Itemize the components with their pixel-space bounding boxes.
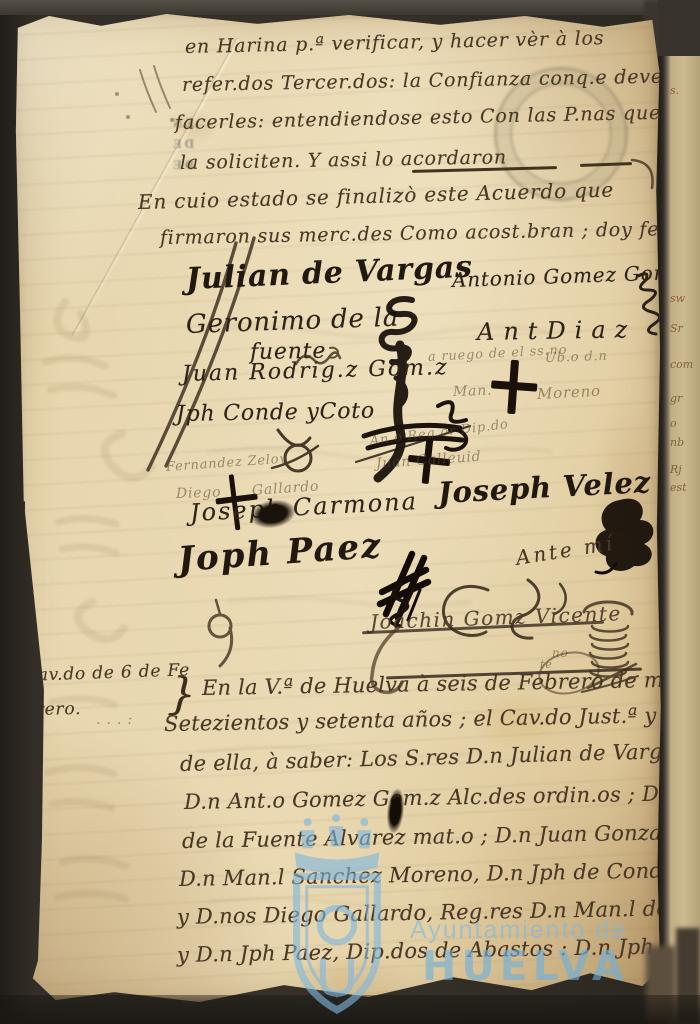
next-page-fragment: com — [670, 358, 693, 371]
large-loop-flourish — [356, 624, 412, 714]
margin-note-dots: . . . : — [96, 712, 133, 728]
edge-notch — [10, 500, 25, 536]
next-page-fragment: sw — [670, 292, 685, 305]
proxy-name: Moreno — [537, 382, 602, 403]
oval-annotation-text: no — [552, 646, 569, 660]
signature-cross — [486, 358, 542, 419]
next-page-edge: s. sw Sr com gr o nb Rj est — [658, 0, 700, 1024]
proxy-note: Ub.o d.n — [545, 349, 608, 366]
circle-flourish — [266, 422, 322, 476]
numeral-flourish — [202, 598, 248, 670]
bottom-shadow — [0, 995, 700, 1024]
next-page-fragment: Sr — [670, 322, 683, 335]
next-page-fragment: est — [670, 481, 687, 494]
next-page-fragment: o — [670, 417, 677, 430]
next-page-fragment: nb — [670, 436, 684, 449]
background-top-band — [0, 0, 700, 15]
next-page-shadow — [658, 0, 700, 56]
margin-note-line: brero. — [24, 699, 82, 720]
next-page-fragment: gr — [670, 392, 682, 405]
signature-ant-diaz: AntDiaz — [477, 315, 637, 346]
ink-scribble — [290, 344, 344, 372]
next-page-fragment: Rj — [670, 463, 682, 476]
manuscript-page: EN DE DE en Harina p.ª verificar, y hace… — [10, 12, 662, 1004]
next-page-fragment: s. — [670, 84, 679, 97]
scanned-manuscript-photo: s. sw Sr com gr o nb Rj est — [0, 0, 700, 1024]
